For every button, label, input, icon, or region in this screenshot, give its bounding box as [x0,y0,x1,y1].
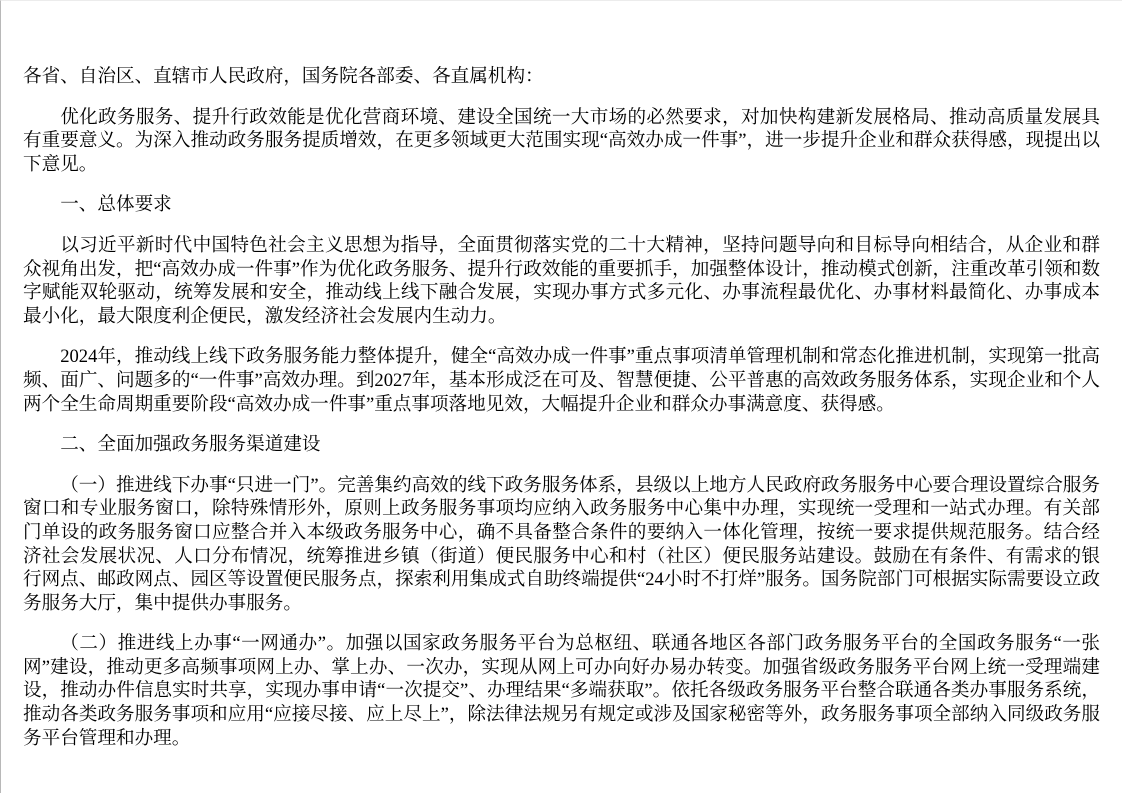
document-page: 各省、自治区、直辖市人民政府，国务院各部委、各直属机构： 优化政务服务、提升行政… [0,0,1122,793]
document-body: 各省、自治区、直辖市人民政府，国务院各部委、各直属机构： 优化政务服务、提升行政… [23,65,1100,750]
section-heading-2: 二、全面加强政务服务渠道建设 [23,433,1100,457]
section2-item2-online-services: （二）推进线上办事“一网通办”。加强以国家政务服务平台为总枢纽、联通各地区各部门… [23,632,1100,750]
salutation-line: 各省、自治区、直辖市人民政府，国务院各部委、各直属机构： [23,65,1100,89]
intro-paragraph: 优化政务服务、提升行政效能是优化营商环境、建设全国统一大市场的必然要求，对加快构… [23,106,1100,177]
section2-item1-offline-services: （一）推进线下办事“只进一门”。完善集约高效的线下政务服务体系，县级以上地方人民… [23,474,1100,616]
section1-paragraph-guiding-principles: 以习近平新时代中国特色社会主义思想为指导，全面贯彻落实党的二十大精神，坚持问题导… [23,234,1100,328]
section1-paragraph-goals: 2024年，推动线上线下政务服务能力整体提升，健全“高效办成一件事”重点事项清单… [23,345,1100,416]
section-heading-1: 一、总体要求 [23,193,1100,217]
